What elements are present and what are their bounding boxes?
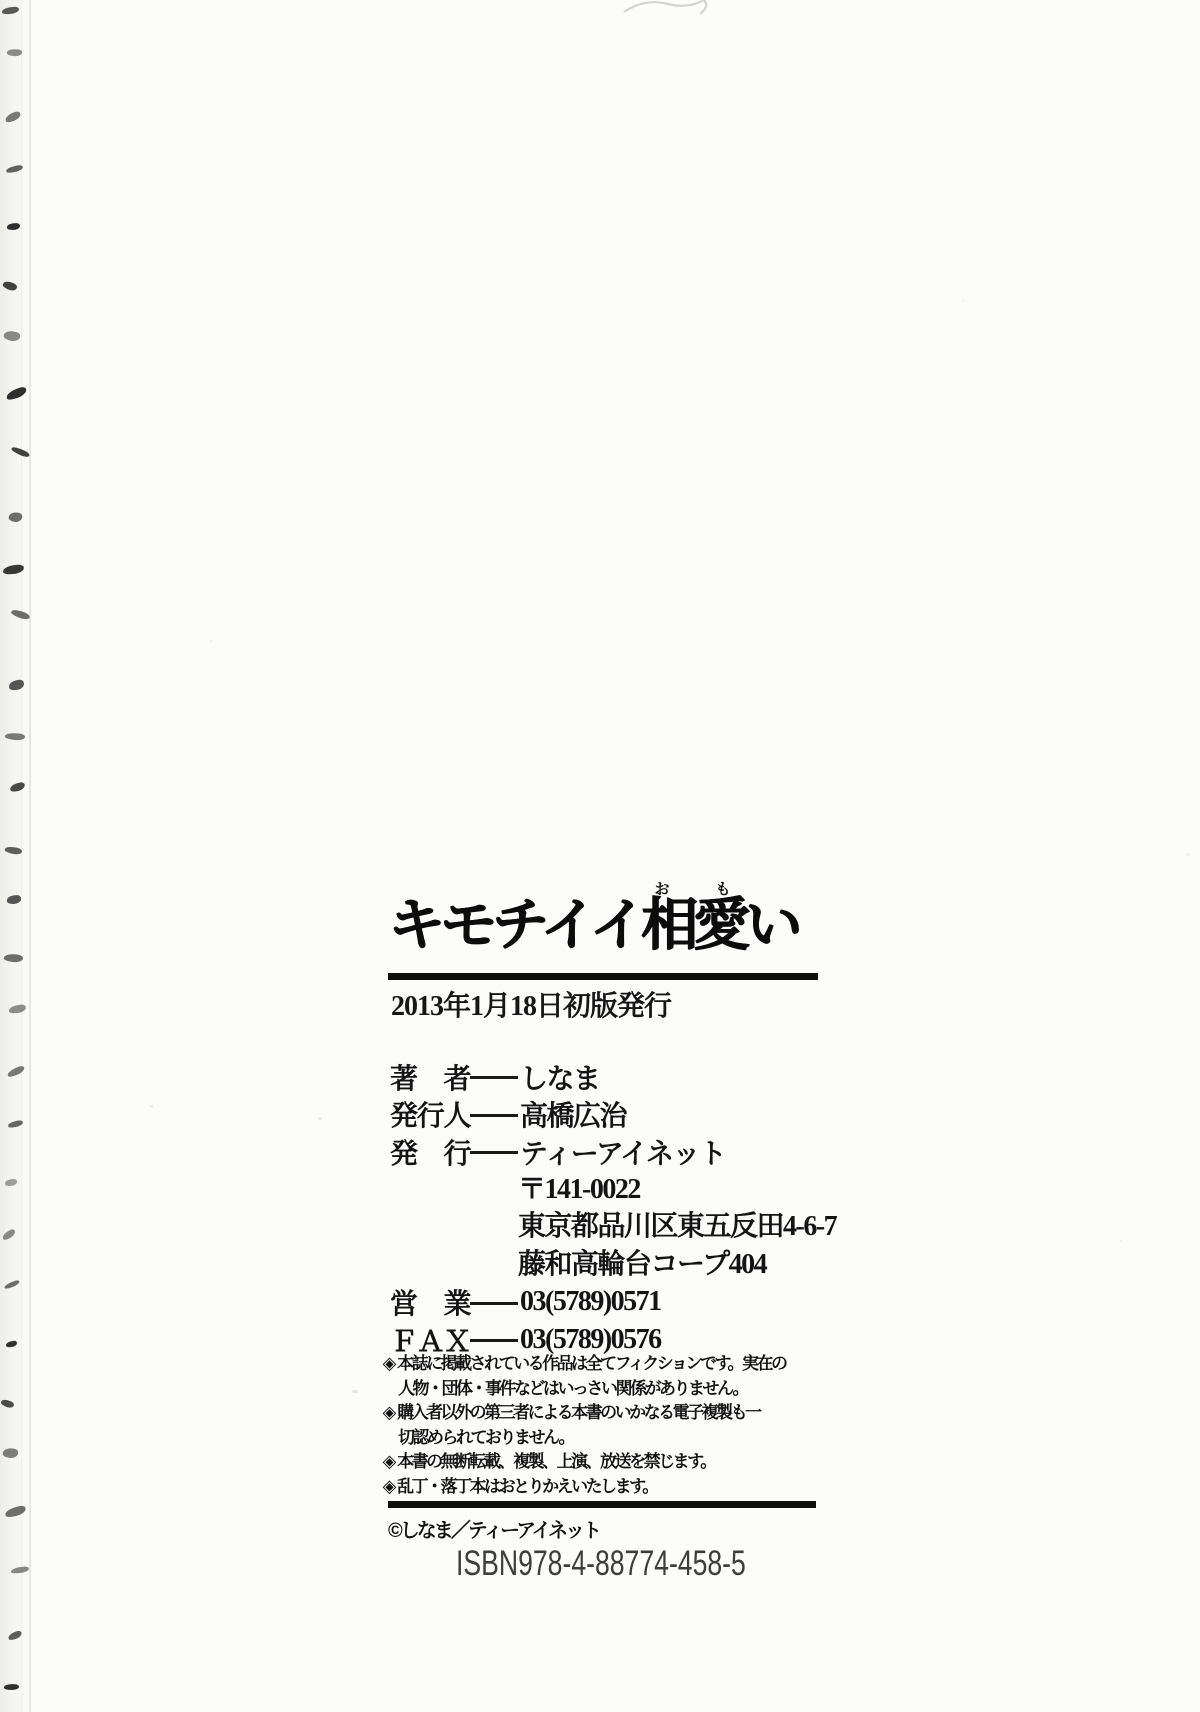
copyright-line: ©しなま／ティーアイネット (388, 1514, 599, 1543)
dust-speck (352, 1390, 358, 1393)
binding-mark (7, 223, 20, 230)
contact-label: 営 業 (390, 1282, 470, 1322)
binding-mark (1, 6, 18, 14)
address-building: 藤和高輪台コープ404 (390, 1246, 890, 1284)
notice-line: ◈本誌に掲載されている作品は全てフィクションです。実在の (383, 1352, 813, 1377)
binding-mark (6, 1341, 17, 1348)
dust-speck (1120, 1240, 1122, 1242)
separator-dash (470, 1076, 518, 1079)
separator-dash (470, 1151, 518, 1154)
credit-label: 著 者 (390, 1057, 470, 1097)
diamond-bullet-icon: ◈ (383, 1351, 397, 1377)
dust-speck (1186, 853, 1190, 856)
book-title: キモチイイ相愛い (388, 896, 797, 956)
separator-dash (470, 1114, 518, 1117)
notice-line: ◈本書の無断転載、複製、上演、放送を禁じます。 (383, 1450, 813, 1475)
dust-speck (150, 1105, 153, 1108)
notice-line: ◈購入者以外の第三者による本書のいかなる電子複製も一 (383, 1401, 813, 1426)
binding-mark (7, 895, 22, 905)
notice-text: 乱丁・落丁本はおとりかえいたします。 (397, 1477, 657, 1496)
address-street: 東京都品川区東五反田4-6-7 (390, 1208, 890, 1246)
binding-mark (5, 1179, 17, 1186)
credit-label: 発 行 (390, 1132, 470, 1172)
notice-text: 切認められておりません。 (398, 1428, 573, 1447)
notice-line-continuation: 人物・団体・事件などはいっさい関係がありません。 (383, 1377, 813, 1402)
title-divider-rule (388, 973, 818, 980)
binding-mark (5, 1505, 27, 1518)
credit-row-publisher-person: 発行人 高橋広治 (390, 1096, 890, 1134)
legal-notices: ◈本誌に掲載されている作品は全てフィクションです。実在の 人物・団体・事件などは… (383, 1352, 813, 1499)
separator-dash (470, 1339, 518, 1342)
page-edge-shadow-faint (21, 0, 22, 1712)
credit-row-publisher: 発 行 ティーアイネット (390, 1133, 890, 1171)
binding-mark (10, 782, 27, 793)
binding-mark (11, 1566, 30, 1574)
notice-text: 本書の無断転載、複製、上演、放送を禁じます。 (397, 1452, 715, 1471)
binding-mark (1, 1228, 17, 1241)
binding-mark (3, 328, 22, 342)
binding-mark (5, 386, 27, 401)
dust-speck (962, 300, 964, 302)
bottom-divider-rule (388, 1501, 816, 1508)
credit-row-author: 著 者 しなま (390, 1058, 890, 1096)
scan-smudge-arc (620, 0, 730, 22)
page-edge-shadow (29, 0, 31, 1712)
diamond-bullet-icon: ◈ (383, 1400, 397, 1426)
separator-dash (470, 1302, 518, 1305)
binding-mark (6, 48, 22, 57)
binding-mark (2, 1446, 19, 1459)
publication-info: 著 者 しなま 発行人 高橋広治 発 行 ティーアイネット 〒141-0022 … (390, 1058, 890, 1359)
binding-mark (2, 279, 18, 292)
notice-text: 人物・団体・事件などはいっさい関係がありません。 (398, 1379, 747, 1398)
notice-text: 本誌に掲載されている作品は全てフィクションです。実在の (397, 1354, 785, 1373)
isbn-number: ISBN978-4-88774-458-5 (456, 1544, 746, 1584)
address-postal-code: 〒141-0022 (390, 1171, 890, 1209)
notice-line-continuation: 切認められておりません。 (383, 1426, 813, 1451)
credit-value: ティーアイネット (518, 1132, 726, 1172)
binding-mark (9, 679, 25, 690)
notice-line: ◈乱丁・落丁本はおとりかえいたします。 (383, 1475, 813, 1500)
contact-value: 03(5789)0571 (518, 1286, 661, 1318)
dust-speck (210, 640, 212, 642)
scanned-colophon-page: お も キモチイイ相愛い 2013年1月18日初版発行 著 者 しなま 発行人 … (0, 0, 1200, 1712)
credit-value: しなま (518, 1057, 600, 1097)
edition-date: 2013年1月18日初版発行 (391, 984, 671, 1024)
contact-row-sales: 営 業 03(5789)0571 (390, 1284, 890, 1322)
binding-mark (4, 1683, 20, 1690)
binding-edge-texture (0, 0, 36, 1712)
binding-mark (8, 1005, 25, 1015)
binding-mark (4, 1280, 21, 1290)
book-title-block: お も キモチイイ相愛い (388, 880, 828, 976)
diamond-bullet-icon: ◈ (383, 1449, 397, 1475)
credit-label: 発行人 (390, 1094, 470, 1134)
diamond-bullet-icon: ◈ (383, 1474, 397, 1500)
credit-value: 高橋広治 (518, 1094, 626, 1134)
binding-mark (5, 732, 26, 742)
notice-text: 購入者以外の第三者による本書のいかなる電子複製も一 (397, 1403, 760, 1422)
binding-mark (0, 1397, 14, 1409)
binding-mark (4, 111, 21, 124)
dust-speck (318, 1117, 322, 1120)
